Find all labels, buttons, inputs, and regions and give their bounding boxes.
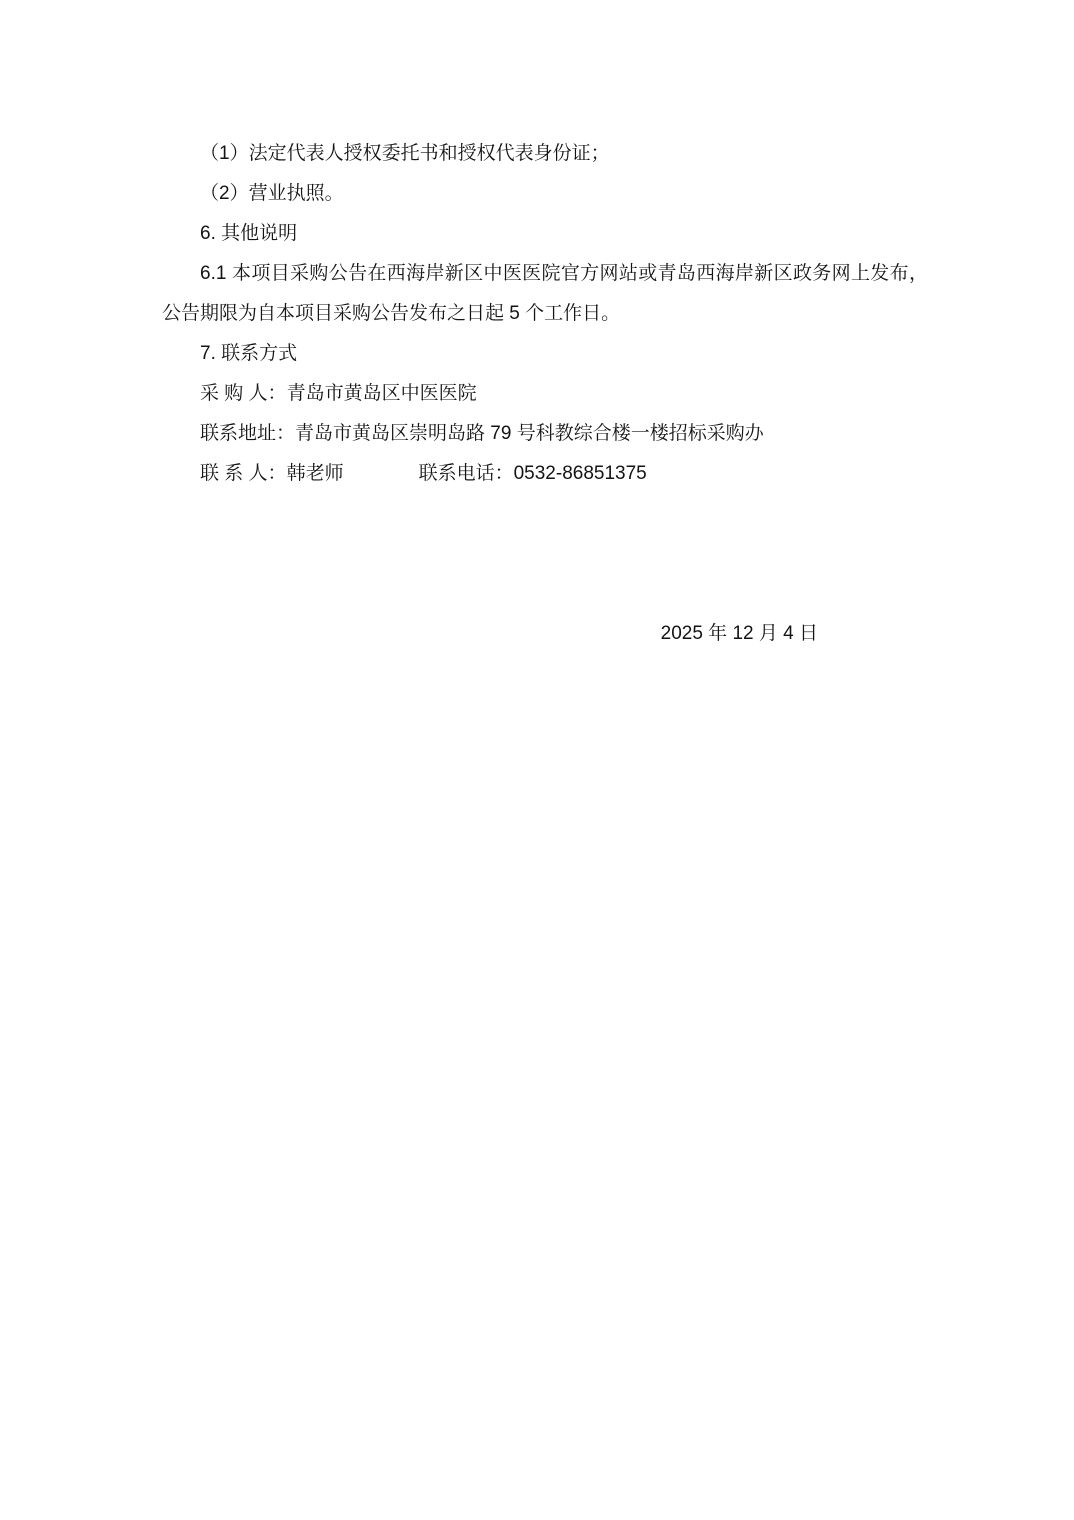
address-line: 联系地址：青岛市黄岛区崇明岛路 79 号科教综合楼一楼招标采购办 bbox=[162, 414, 928, 454]
address-value: 青岛市黄岛区崇明岛路 79 号科教综合楼一楼招标采购办 bbox=[295, 423, 764, 444]
purchaser-value: 青岛市黄岛区中医医院 bbox=[287, 383, 477, 404]
document-date: 2025 年 12 月 4 日 bbox=[162, 614, 928, 654]
section-7-heading: 7. 联系方式 bbox=[162, 334, 928, 374]
document-body: （1）法定代表人授权委托书和授权代表身份证； （2）营业执照。 6. 其他说明 … bbox=[162, 134, 928, 654]
phone-label: 联系电话： bbox=[419, 463, 514, 484]
attachment-item-1: （1）法定代表人授权委托书和授权代表身份证； bbox=[162, 134, 928, 174]
document-page: （1）法定代表人授权委托书和授权代表身份证； （2）营业执照。 6. 其他说明 … bbox=[0, 0, 1074, 1520]
contact-line: 联 系 人：韩老师联系电话：0532-86851375 bbox=[162, 454, 928, 494]
purchaser-label: 采 购 人： bbox=[200, 383, 287, 404]
address-label: 联系地址： bbox=[200, 423, 295, 444]
attachment-item-2: （2）营业执照。 bbox=[162, 174, 928, 214]
contact-person-label: 联 系 人： bbox=[200, 463, 287, 484]
contact-person-value: 韩老师 bbox=[287, 463, 344, 484]
phone-value: 0532-86851375 bbox=[514, 463, 647, 484]
section-6-1-paragraph: 6.1 本项目采购公告在西海岸新区中医医院官方网站或青岛西海岸新区政务网上发布，… bbox=[162, 254, 928, 334]
section-6-heading: 6. 其他说明 bbox=[162, 214, 928, 254]
purchaser-line: 采 购 人：青岛市黄岛区中医医院 bbox=[162, 374, 928, 414]
